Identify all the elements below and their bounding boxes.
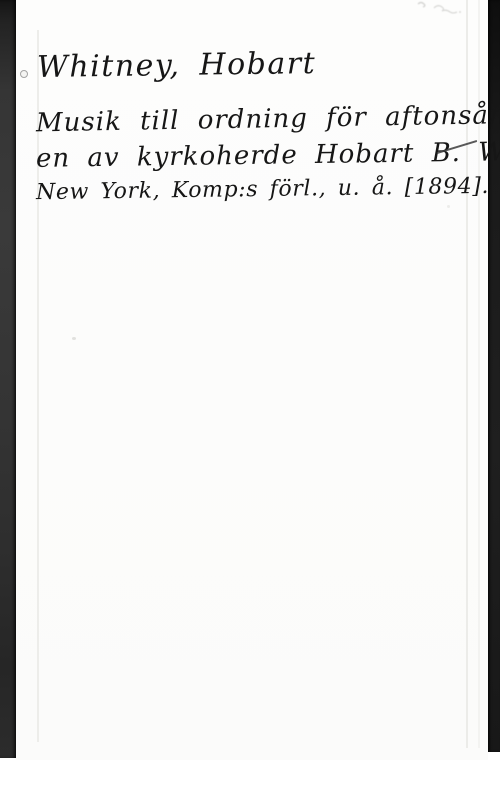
scanned-catalog-card: Whitney, Hobart Musik till ordning för a… <box>0 0 500 800</box>
author-heading: Whitney, Hobart <box>37 46 317 85</box>
pencil-smudge-mark <box>416 0 472 16</box>
left-margin-circle-mark <box>20 70 28 78</box>
pencil-smudge-icon <box>416 0 472 16</box>
scan-speck <box>447 205 450 208</box>
scan-speck <box>72 337 76 340</box>
scanner-edge-left <box>0 0 16 758</box>
